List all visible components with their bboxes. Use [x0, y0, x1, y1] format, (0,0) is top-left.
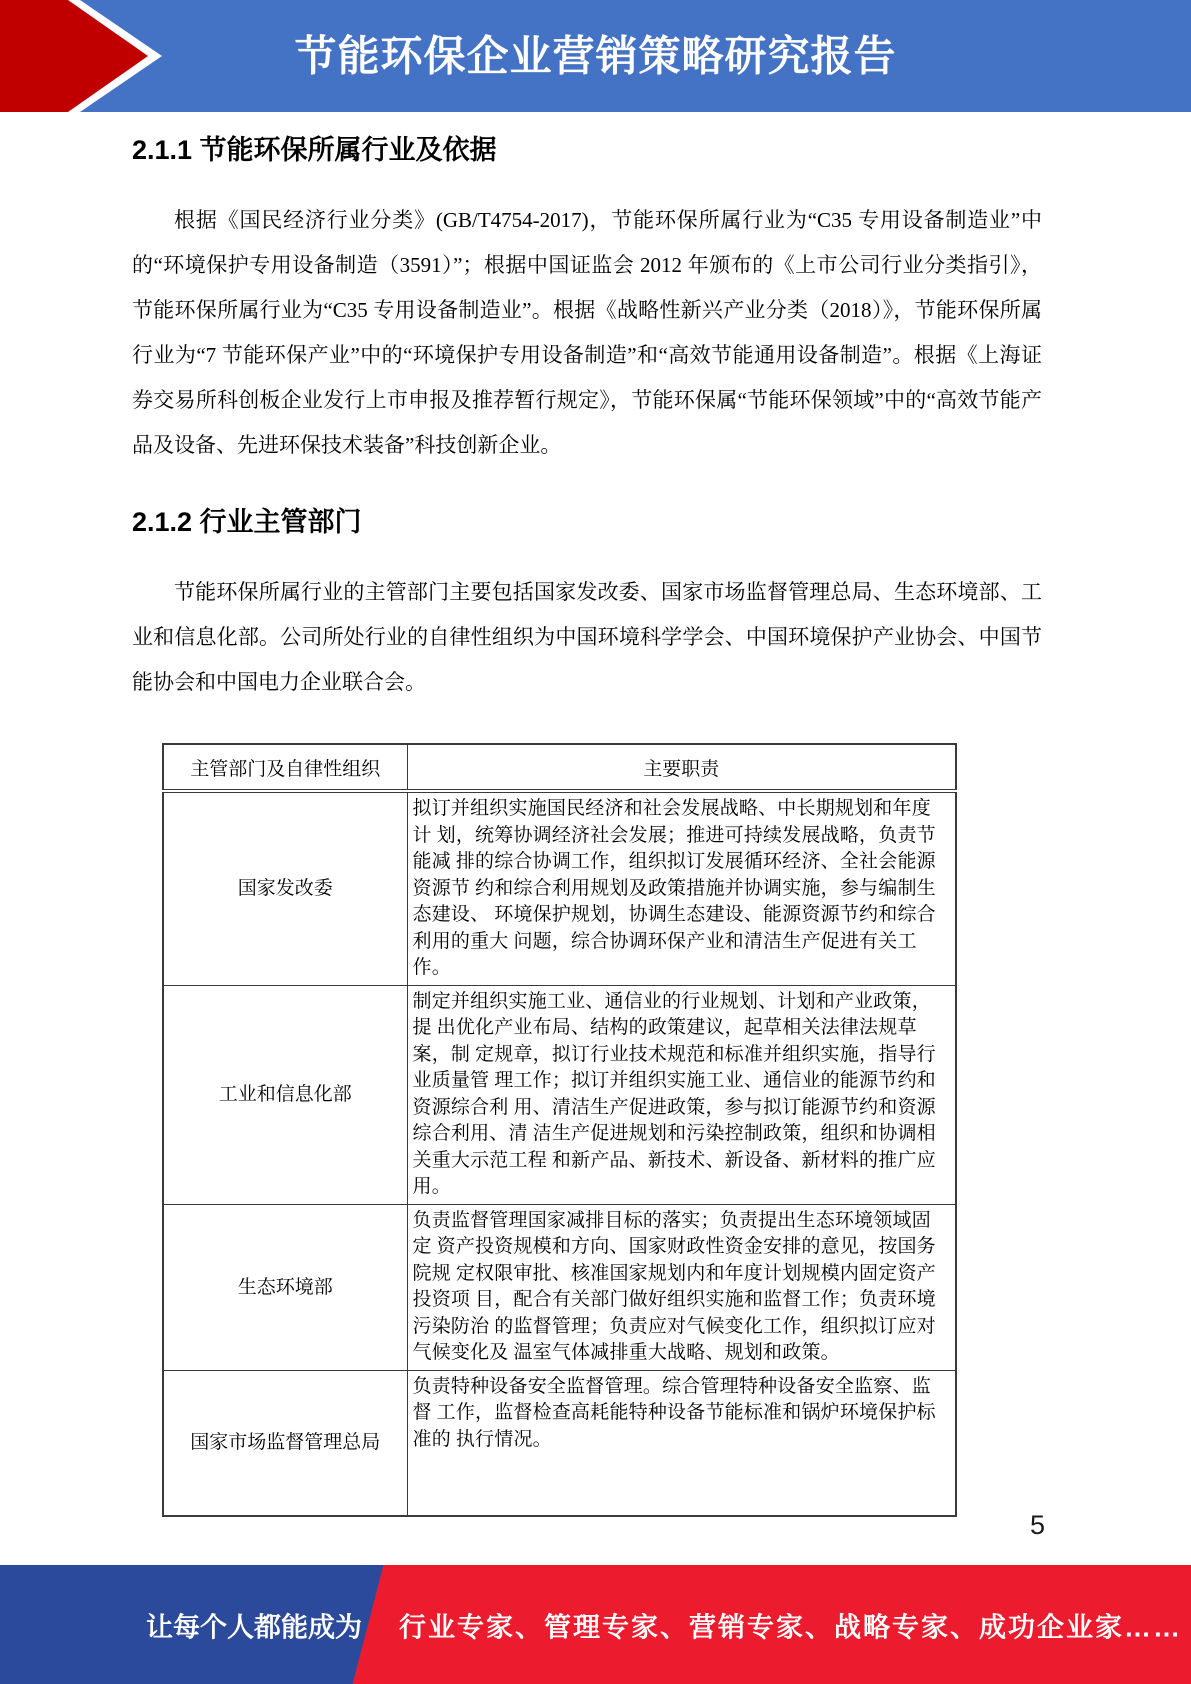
duty-cell-miit: 制定并组织实施工业、通信业的行业规划、计划和产业政策，提 出优化产业布局、结构的… [407, 985, 956, 1204]
report-title: 节能环保企业营销策略研究报告 [0, 24, 1191, 84]
org-cell-samr: 国家市场监督管理总局 [163, 1370, 407, 1516]
report-page: 节能环保企业营销策略研究报告 2.1.1 节能环保所属行业及依据 根据《国民经济… [0, 0, 1191, 1684]
footer-slogan-right: 行业专家、管理专家、营销专家、战略专家、成功企业家…… [399, 1605, 1182, 1644]
table-row: 生态环境部 负责监督管理国家减排目标的落实；负责提出生态环境领域固定 资产投资规… [163, 1204, 956, 1370]
table-row: 国家发改委 拟订并组织实施国民经济和社会发展战略、中长期规划和年度计 划，统筹协… [163, 791, 956, 985]
footer-slogan-left: 让每个人都能成为 [146, 1605, 362, 1644]
page-number: 5 [1030, 1510, 1045, 1541]
duty-cell-mee: 负责监督管理国家减排目标的落实；负责提出生态环境领域固定 资产投资规模和方向、国… [407, 1204, 956, 1370]
duty-cell-ndrc: 拟订并组织实施国民经济和社会发展战略、中长期规划和年度计 划，统筹协调经济社会发… [407, 791, 956, 985]
org-cell-ndrc: 国家发改委 [163, 791, 407, 985]
section-heading-2-1-2: 2.1.2 行业主管部门 [132, 502, 1042, 542]
table-header-duty: 主要职责 [407, 744, 956, 791]
document-body: 2.1.1 节能环保所属行业及依据 根据《国民经济行业分类》(GB/T4754-… [132, 112, 1042, 1517]
duty-cell-samr: 负责特种设备安全监督管理。综合管理特种设备安全监察、监督 工作，监督检查高耗能特… [407, 1370, 956, 1516]
authority-responsibility-table: 主管部门及自律性组织 主要职责 国家发改委 拟订并组织实施国民经济和社会发展战略… [162, 743, 957, 1517]
table-row: 国家市场监督管理总局 负责特种设备安全监督管理。综合管理特种设备安全监察、监督 … [163, 1370, 956, 1516]
page-footer-banner: 让每个人都能成为 行业专家、管理专家、营销专家、战略专家、成功企业家…… [0, 1565, 1191, 1684]
org-cell-miit: 工业和信息化部 [163, 985, 407, 1204]
org-cell-mee: 生态环境部 [163, 1204, 407, 1370]
table-header-org: 主管部门及自律性组织 [163, 744, 407, 791]
section-heading-2-1-1: 2.1.1 节能环保所属行业及依据 [132, 130, 1042, 170]
table-row: 工业和信息化部 制定并组织实施工业、通信业的行业规划、计划和产业政策，提 出优化… [163, 985, 956, 1204]
table-header-row: 主管部门及自律性组织 主要职责 [163, 744, 956, 791]
section-paragraph-2-1-1: 根据《国民经济行业分类》(GB/T4754-2017)，节能环保所属行业为“C3… [132, 198, 1042, 468]
section-paragraph-2-1-2: 节能环保所属行业的主管部门主要包括国家发改委、国家市场监督管理总局、生态环境部、… [132, 570, 1042, 705]
page-header-banner: 节能环保企业营销策略研究报告 [0, 0, 1191, 112]
